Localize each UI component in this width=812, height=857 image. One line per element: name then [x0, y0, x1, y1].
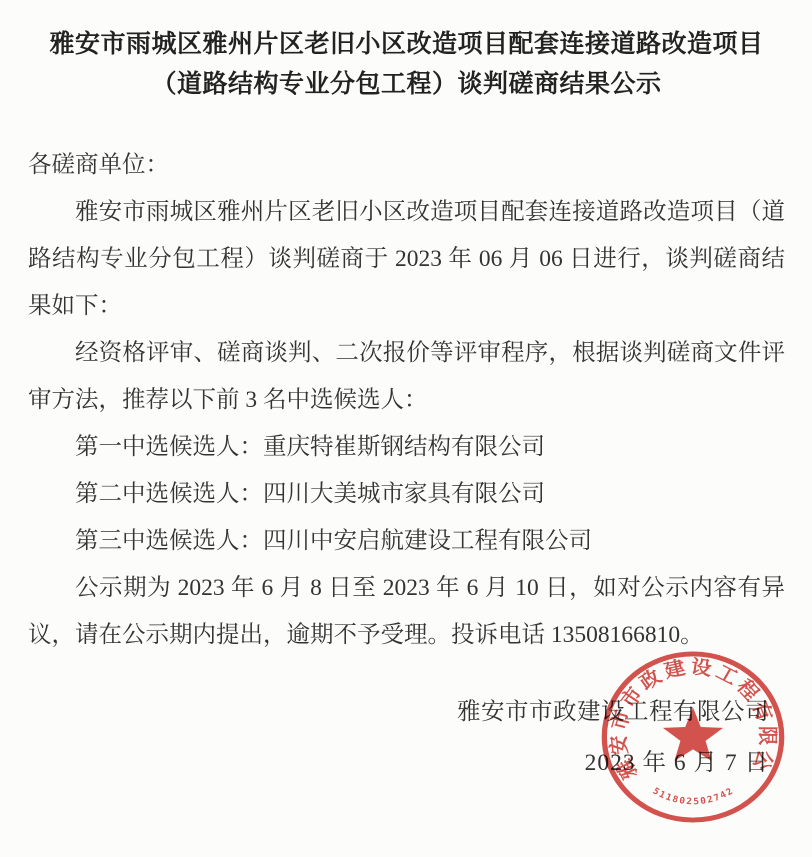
document-body: 各磋商单位： 雅安市雨城区雅州片区老旧小区改造项目配套连接道路改造项目（道路结构…	[28, 142, 785, 659]
candidate-second: 第二中选候选人：四川大美城市家具有限公司	[28, 471, 785, 518]
candidate-first: 第一中选候选人：重庆特崔斯钢结构有限公司	[28, 424, 785, 471]
candidate-third: 第三中选候选人：四川中安启航建设工程有限公司	[28, 518, 785, 565]
title-line-1: 雅安市雨城区雅州片区老旧小区改造项目配套连接道路改造项目	[28, 24, 785, 64]
signature-date: 2023 年 6 月 7 日	[28, 737, 769, 789]
title-line-2: （道路结构专业分包工程）谈判磋商结果公示	[28, 64, 785, 104]
salutation: 各磋商单位：	[28, 142, 785, 189]
paragraph-intro: 雅安市雨城区雅州片区老旧小区改造项目配套连接道路改造项目（道路结构专业分包工程）…	[28, 189, 785, 330]
document-page: 雅安市雨城区雅州片区老旧小区改造项目配套连接道路改造项目 （道路结构专业分包工程…	[0, 0, 812, 857]
document-title: 雅安市雨城区雅州片区老旧小区改造项目配套连接道路改造项目 （道路结构专业分包工程…	[28, 24, 785, 104]
paragraph-review: 经资格评审、磋商谈判、二次报价等评审程序，根据谈判磋商文件评审方法，推荐以下前 …	[28, 330, 785, 424]
signature-company: 雅安市市政建设工程有限公司	[28, 687, 769, 737]
signature-block: 雅安市市政建设工程有限公司 2023 年 6 月 7 日	[28, 687, 785, 789]
paragraph-notice-period: 公示期为 2023 年 6 月 8 日至 2023 年 6 月 10 日，如对公…	[28, 565, 785, 659]
